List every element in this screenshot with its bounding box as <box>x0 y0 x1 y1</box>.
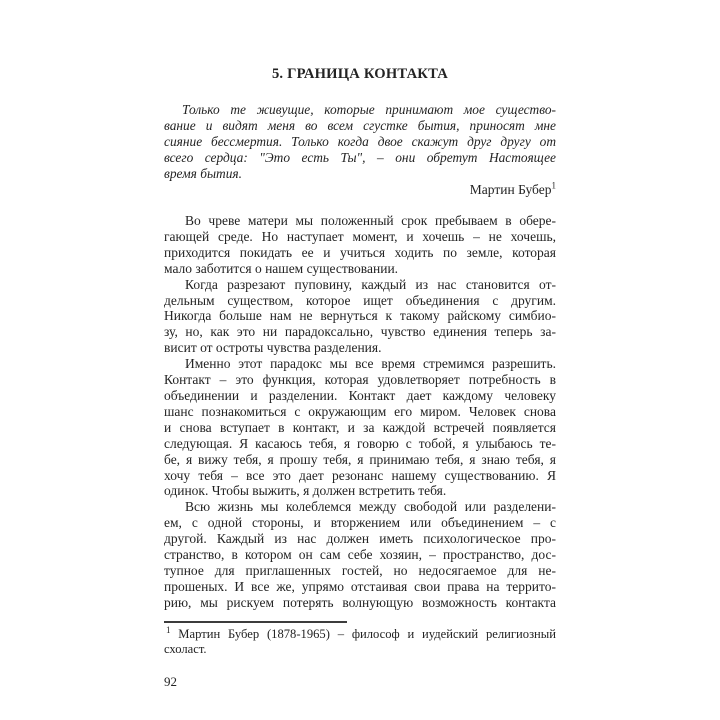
footnote: 1 Мартин Бубер (1878-1965) – философ и и… <box>164 621 556 658</box>
text-line: гающей среде. Но наступает момент, и хоч… <box>164 229 556 245</box>
text-line: ем, с одной стороны, и вторжением или об… <box>164 515 556 531</box>
text-line: Именно этот парадокс мы все время стреми… <box>164 356 556 372</box>
text-line: рию, мы рискуем потерять волнующую возмо… <box>164 595 556 611</box>
text-line: Всю жизнь мы колеблемся между свободой и… <box>164 499 556 515</box>
text-line: странство, в котором он сам себе хозяин,… <box>164 547 556 563</box>
text-line: тупное для приглашенных гостей, но недос… <box>164 563 556 579</box>
text-line: одинок. Чтобы выжить, я должен встретить… <box>164 483 556 499</box>
text-line: другой. Каждый из нас должен иметь психо… <box>164 531 556 547</box>
book-page: 5. ГРАНИЦА КОНТАКТА Только те живущие, к… <box>0 0 720 720</box>
text-line: Никогда больше нам не вернуться к такому… <box>164 308 556 324</box>
text-line: Во чреве матери мы положенный срок пребы… <box>164 213 556 229</box>
body-text: Во чреве матери мы положенный срок пребы… <box>164 213 556 611</box>
paragraph: Только те живущие, которые принимают мое… <box>164 102 556 182</box>
paragraph: Когда разрезают пуповину, каждый из нас … <box>164 277 556 357</box>
epigraph-attribution-name: Мартин Бубер <box>470 182 552 197</box>
text-line: висит от остроты чувства разделения. <box>164 340 556 356</box>
text-line: Только те живущие, которые принимают мое… <box>164 102 556 118</box>
paragraph: Именно этот парадокс мы все время стреми… <box>164 356 556 499</box>
text-line: зу, но, как это ни парадоксально, чувств… <box>164 324 556 340</box>
page-number: 92 <box>164 674 556 689</box>
text-line: Контакт – это функция, которая удовлетво… <box>164 372 556 388</box>
footnote-text-line: схоласт. <box>164 642 556 658</box>
text-line: мало заботится о нашем существовании. <box>164 261 556 277</box>
text-line: Когда разрезают пуповину, каждый из нас … <box>164 277 556 293</box>
text-line: вание и видят меня во всем сгустке бытия… <box>164 118 556 134</box>
text-line: объединении и разделении. Контакт дает к… <box>164 388 556 404</box>
footnote-reference-mark: 1 <box>552 181 557 191</box>
text-line: и снова вступает в контакт, и за каждой … <box>164 420 556 436</box>
text-line: сияние бессмертия. Только когда двое ска… <box>164 134 556 150</box>
text-line: время бытия. <box>164 166 556 182</box>
text-line: хочу тебя – все это дает резонанс нашему… <box>164 468 556 484</box>
epigraph-attribution: Мартин Бубер1 <box>164 182 556 198</box>
footnote-marker: 1 <box>166 624 171 634</box>
text-line: шанс познакомиться с окружающим его миро… <box>164 404 556 420</box>
chapter-title: 5. ГРАНИЦА КОНТАКТА <box>164 66 556 83</box>
text-line: бе, я вижу тебя, я прошу тебя, я принима… <box>164 452 556 468</box>
page-content: 5. ГРАНИЦА КОНТАКТА Только те живущие, к… <box>164 66 556 689</box>
text-line: прошеных. И все же, упрямо отстаивая сво… <box>164 579 556 595</box>
footnote-text-line: 1 Мартин Бубер (1878-1965) – философ и и… <box>164 627 556 643</box>
text-line: приходится покидать ее и учиться ходить … <box>164 245 556 261</box>
text-line: следующая. Я касаюсь тебя, я говорю с то… <box>164 436 556 452</box>
epigraph: Только те живущие, которые принимают мое… <box>164 102 556 182</box>
text-line: дельным существом, которое ищет объедине… <box>164 293 556 309</box>
footnote-separator <box>164 621 347 623</box>
paragraph: Всю жизнь мы колеблемся между свободой и… <box>164 499 556 610</box>
footnote-text: Мартин Бубер (1878-1965) – философ и иуд… <box>178 627 556 641</box>
text-line: всего сердца: "Это есть Ты", – они обрет… <box>164 150 556 166</box>
paragraph: Во чреве матери мы положенный срок пребы… <box>164 213 556 277</box>
